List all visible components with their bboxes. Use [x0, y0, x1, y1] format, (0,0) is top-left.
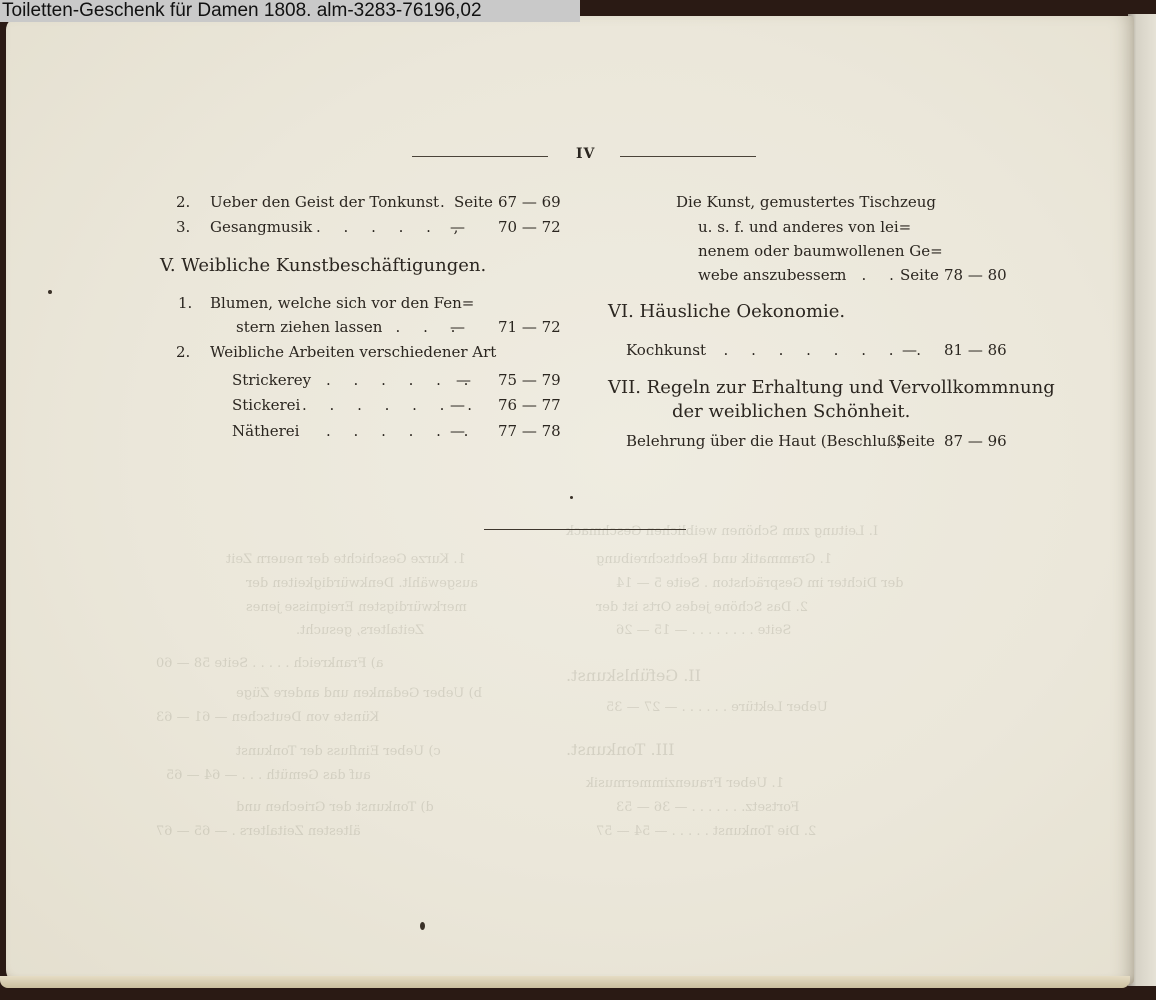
section-vii-heading: VII. Regeln zur Erhaltung und Vervollkom…: [608, 376, 1055, 399]
ghost-line: 1. Kurze Geschichte der neuern Zeit: [226, 552, 466, 567]
entry-number: 3.: [176, 216, 190, 239]
entry-leader: . . . . . . . . .: [696, 339, 930, 362]
entry-number: 1.: [178, 292, 192, 315]
ghost-line: der Dichter im Gesprächston . Seite 5 — …: [616, 576, 904, 591]
ghost-line: Seite . . . . . . . . — 15 — 26: [616, 623, 791, 638]
book-page: I. Leitung zum Schönen weiblichen Geschm…: [6, 16, 1134, 984]
subentry-pages: 77 — 78: [498, 420, 561, 443]
continuation-line: Die Kunst, gemustertes Tischzeug: [676, 191, 936, 214]
subentry-pages: 75 — 79: [498, 369, 561, 392]
entry-pages: 67 — 69: [498, 191, 561, 214]
entry-pages: 81 — 86: [944, 339, 1007, 362]
header-rule-right: [620, 156, 756, 157]
entry-title: Kochkunst: [626, 339, 706, 362]
entry-number: 2.: [176, 193, 190, 211]
entry-page-label: —: [450, 216, 465, 239]
ghost-line: ältesten Zeitalters . — 65 — 67: [156, 824, 361, 839]
entry-pages: 70 — 72: [498, 216, 561, 239]
ghost-line: 1. Ueber Frauenzimmermusik: [586, 776, 784, 791]
ghost-line: ausgewählt. Denkwürdigkeiten der: [246, 576, 478, 591]
entry-title: Blumen, welche sich vor den Fen=: [210, 292, 474, 315]
entry-number: 2.: [176, 341, 190, 364]
ghost-line: a) Frankreich . . . . . Seite 58 — 60: [156, 656, 384, 671]
closing-rule: [484, 529, 686, 530]
entry-page-label: Seite: [454, 191, 493, 214]
entry-leader: . . . . . ,: [316, 216, 467, 239]
continuation-line: webe anszubessern: [698, 264, 846, 287]
subentry-pages: 76 — 77: [498, 394, 561, 417]
paper-speck: [570, 496, 573, 499]
ghost-line: 2. Das Schöne jedes Orts ist der: [596, 600, 808, 615]
ghost-line: c) Ueber Einfluss der Tonkunst: [236, 744, 441, 759]
continuation-line: u. s. f. und anderes von lei=: [698, 216, 911, 239]
ghost-line: Fortsetz. . . . . . . — 36 — 53: [616, 800, 799, 815]
ghost-line: I. Leitung zum Schönen weiblichen Geschm…: [566, 524, 878, 539]
entry-page-label: Seite: [900, 264, 939, 287]
entry-page-label: —: [450, 316, 465, 339]
entry-page-label: —: [902, 339, 917, 362]
section-v-heading: V. Weibliche Kunstbeschäftigungen.: [160, 254, 486, 277]
entry-title-continued: stern ziehen lassen: [236, 316, 382, 339]
entry-leader: .: [440, 191, 445, 214]
ghost-line: 1. Grammatik und Rechtschreibung: [596, 552, 832, 567]
ghost-line: b) Ueber Gedanken und andere Züge: [236, 686, 482, 701]
ghost-line: Ueber Lektüre . . . . . . — 27 — 35: [606, 700, 828, 715]
ghost-line: d) Tonkunst der Griechen und: [236, 800, 434, 815]
entry-pages: 78 — 80: [944, 264, 1007, 287]
subentry-title: Strickerey: [232, 369, 311, 392]
entry-title: Ueber den Geist der Tonkunst: [210, 191, 439, 214]
paper-speck: [48, 290, 52, 294]
page-folio: IV: [576, 146, 595, 162]
entry-title: Weibliche Arbeiten verschiedener Art: [210, 341, 496, 364]
subentry-page-label: —: [456, 369, 471, 392]
entry-title: Belehrung über die Haut (Beschluß): [626, 430, 903, 453]
ghost-line: merkwürdigsten Ereignisse jenes: [246, 600, 467, 615]
entry-title: Gesangmusik: [210, 216, 312, 239]
subentry-page-label: —: [450, 394, 465, 417]
section-vii-heading-continued: der weiblichen Schönheit.: [672, 400, 910, 423]
ghost-line: Künste von Deutschen — 61 — 63: [156, 710, 379, 725]
subentry-title: Nätherei: [232, 420, 299, 443]
entry-pages: 71 — 72: [498, 316, 561, 339]
running-header: IV: [412, 148, 756, 164]
header-rule-left: [412, 156, 548, 157]
ghost-line: 2. Die Tonkunst . . . . . — 54 — 57: [596, 824, 816, 839]
section-vi-heading: VI. Häusliche Oekonomie.: [608, 300, 845, 323]
continuation-line: nenem oder baumwollenen Ge=: [698, 240, 943, 263]
ghost-line: auf das Gemüth . . . — 64 — 65: [166, 768, 371, 783]
ghost-line: III. Tonkunst.: [566, 740, 675, 759]
entry-pages: 87 — 96: [944, 430, 1007, 453]
page-bottom-edge: [0, 976, 1130, 988]
ghost-line: Zeitalters, gesucht.: [296, 623, 424, 638]
entry-page-label: Seite: [896, 430, 935, 453]
subentry-leader: . . . . . .: [326, 369, 477, 392]
toc-entry: 2.: [176, 191, 190, 214]
subentry-page-label: —: [450, 420, 465, 443]
subentry-title: Stickerei: [232, 394, 300, 417]
ghost-line: II. Gefühlskunst.: [566, 666, 701, 685]
entry-leader: . . .: [834, 264, 903, 287]
image-caption: Toiletten-Geschenk für Damen 1808. alm-3…: [0, 0, 580, 22]
paper-speck: [420, 922, 425, 930]
